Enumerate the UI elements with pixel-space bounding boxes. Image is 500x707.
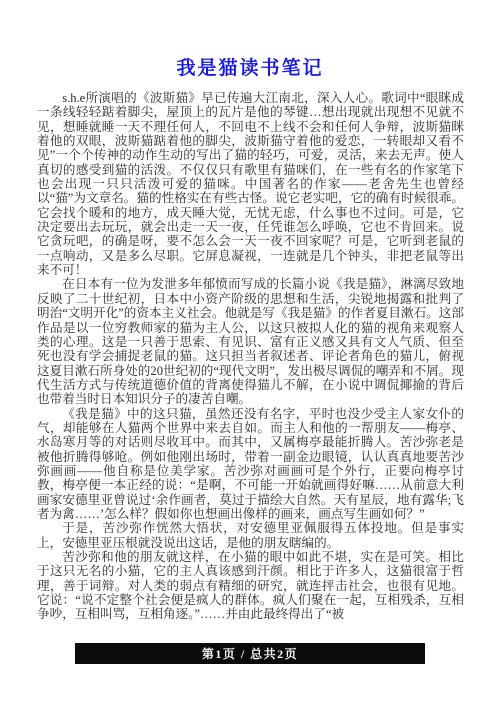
document-body: s.h.e所演唱的《波斯猫》早已传遍大江南北，深入人心。歌词中“眼眯成一条线轻轻… <box>37 91 464 622</box>
document-page: 我是猫读书笔记 s.h.e所演唱的《波斯猫》早已传遍大江南北，深入人心。歌词中“… <box>0 0 500 707</box>
page-footer-bar: 第1页 / 总共2页 <box>75 643 425 664</box>
document-title: 我是猫读书笔记 <box>0 0 500 82</box>
paragraph-2: 在日本有一位为发泄多年郁愤而写成的长篇小说《我是猫》，淋漓尽致地反映了二十世纪初… <box>37 277 464 406</box>
paragraph-1: s.h.e所演唱的《波斯猫》早已传遍大江南北，深入人心。歌词中“眼眯成一条线轻轻… <box>37 91 464 277</box>
paragraph-3: 《我是猫》中的这只猫，虽然还没有名字，平时也没少受主人家女仆的气，却能够在人猫两… <box>37 407 464 522</box>
paragraph-5: 苦沙弥和他的朋友就这样，在小猫的眼中如此不堪，实在是可笑。相比于这只无名的小猫，… <box>37 550 464 622</box>
paragraph-4: 于是，苦沙弥作恍然大悟状，对安德里亚佩服得五体投地。但是事实上，安德里亚压根就没… <box>37 521 464 550</box>
page-number-label: 第1页 / 总共2页 <box>202 645 298 662</box>
